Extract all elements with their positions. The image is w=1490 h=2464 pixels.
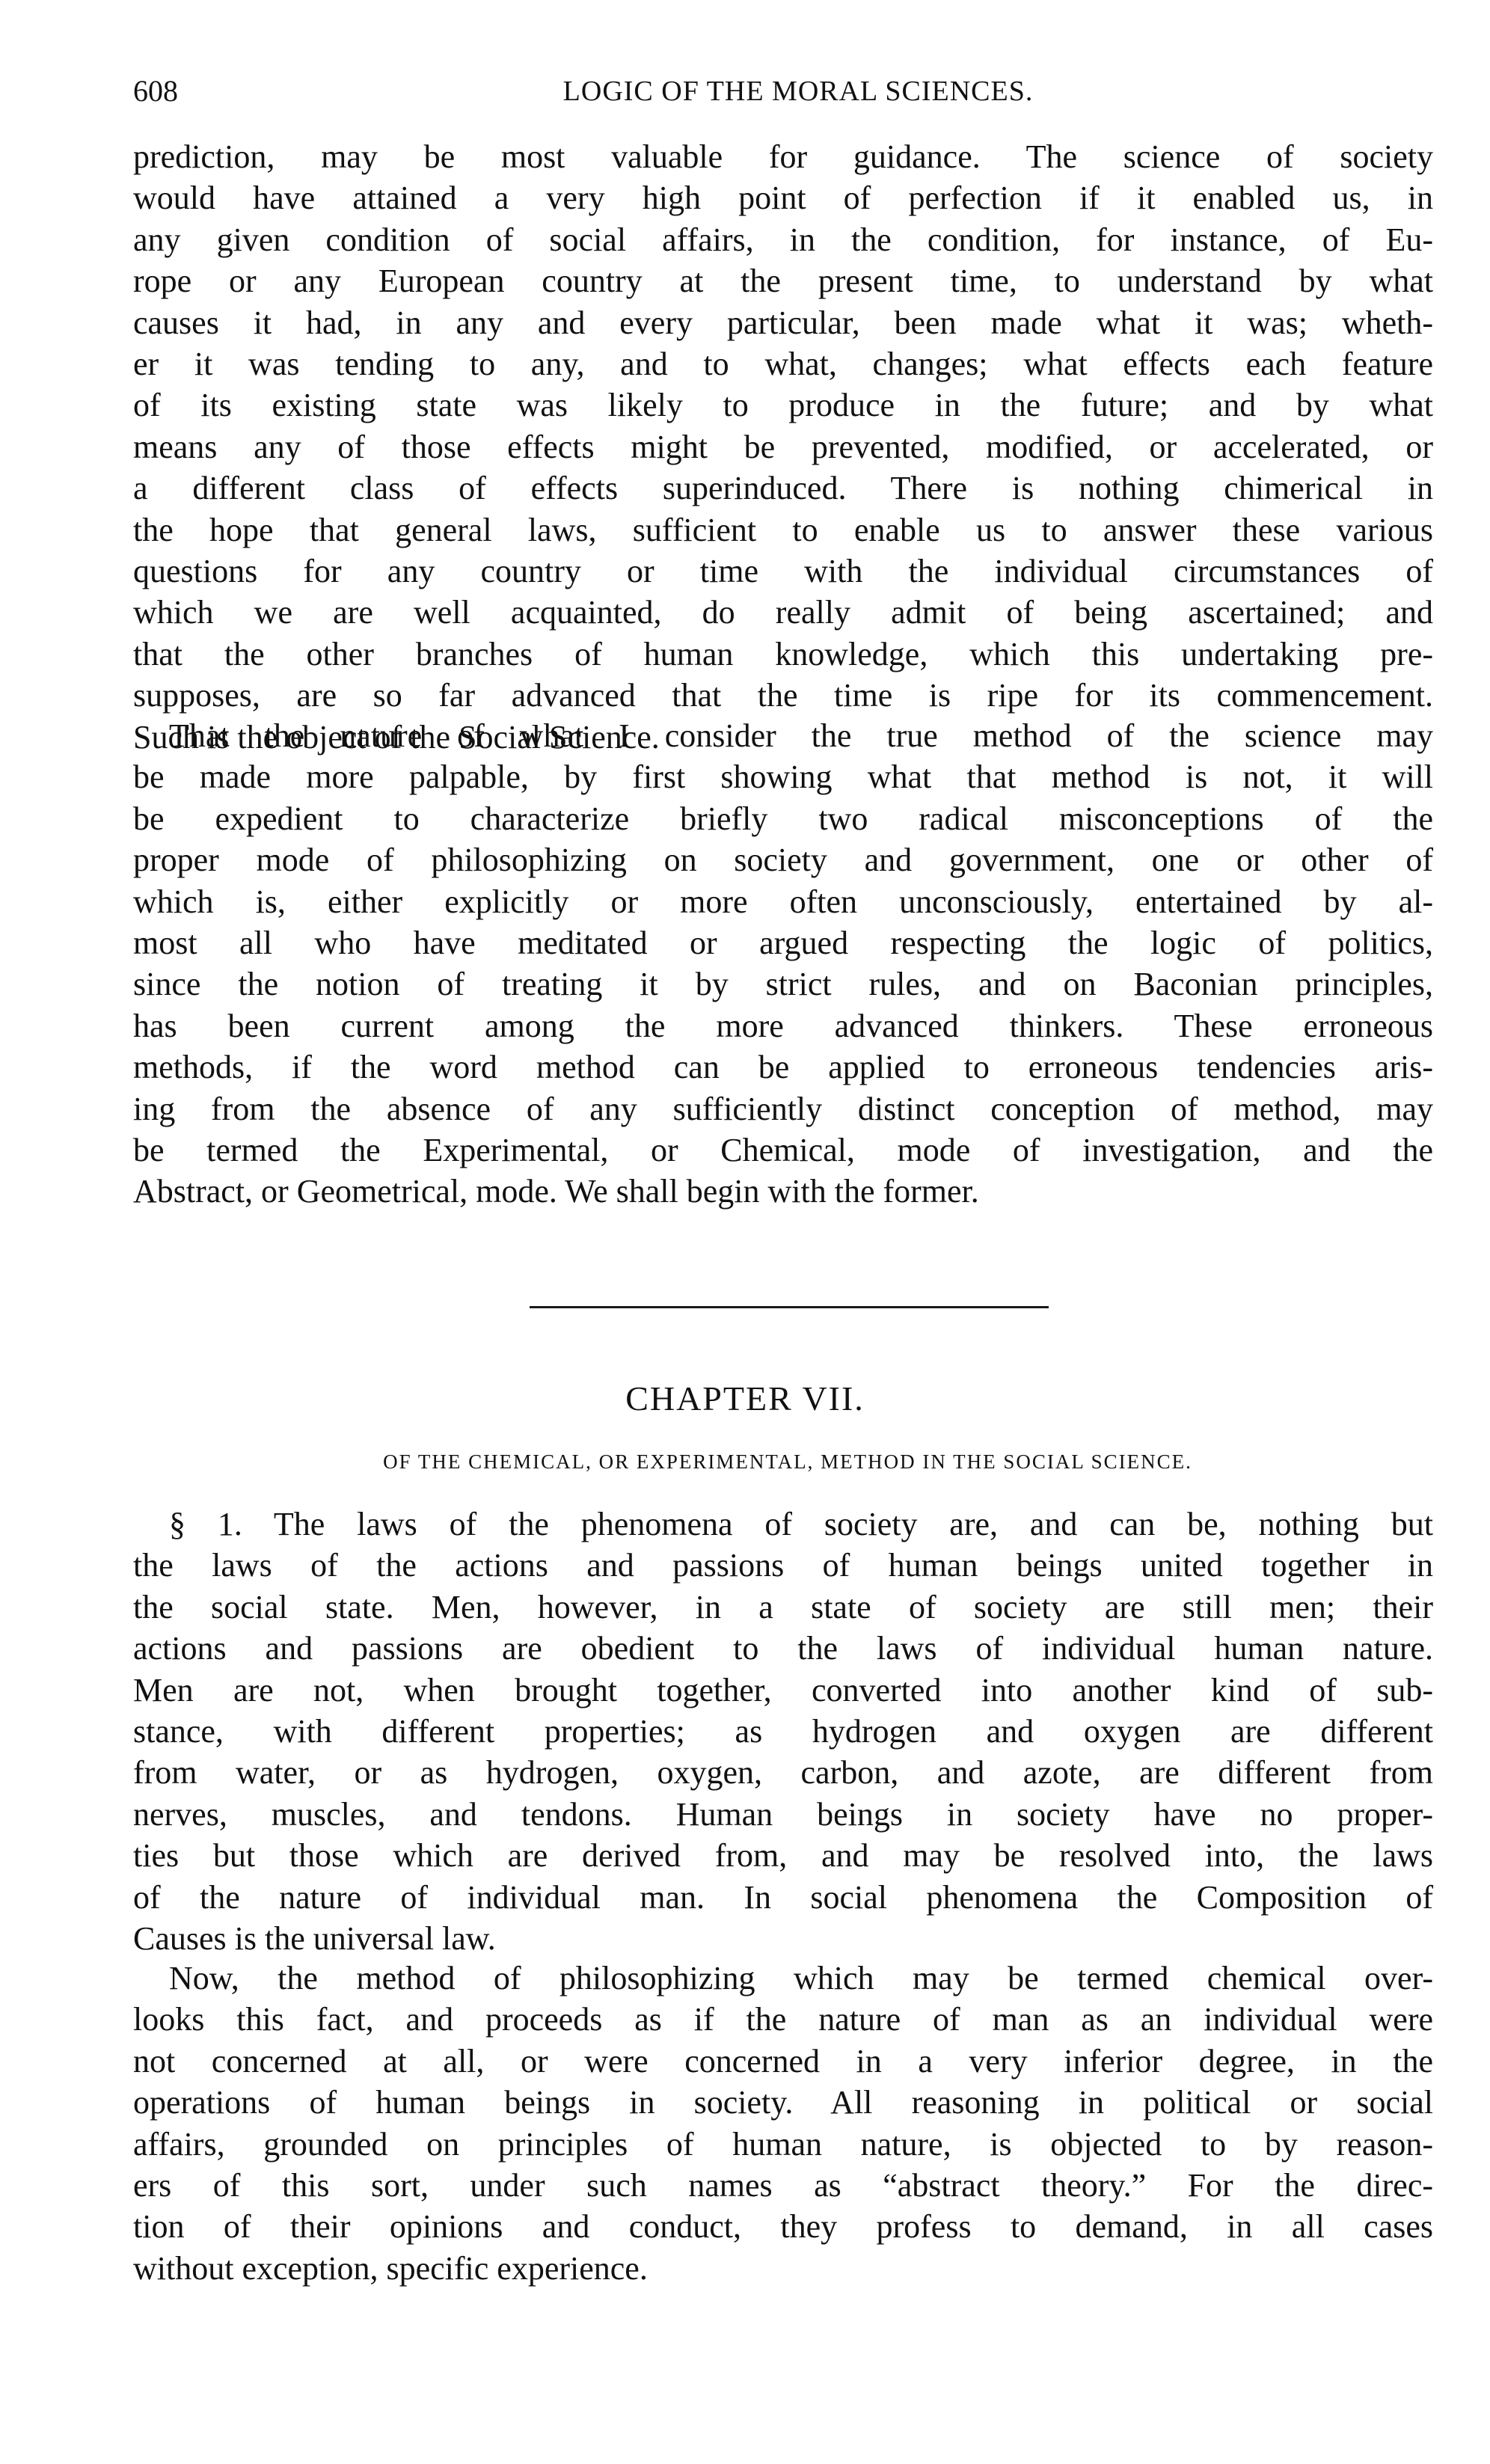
text-line: Men are not, when brought together, conv… (133, 1670, 1433, 1711)
text-line: looks this fact, and proceeds as if the … (133, 1999, 1433, 2040)
text-line: Now, the method of philosophizing which … (133, 1958, 1433, 1999)
text-line: which is, either explicitly or more ofte… (133, 881, 1433, 922)
text-line: be made more palpable, by first showing … (133, 756, 1433, 797)
text-line: since the notion of treating it by stric… (133, 963, 1433, 1005)
text-line: That the nature of what I consider the t… (133, 715, 1433, 756)
text-line: methods, if the word method can be appli… (133, 1046, 1433, 1088)
book-page: 608 LOGIC OF THE MORAL SCIENCES. predict… (0, 0, 1490, 2464)
text-line: questions for any country or time with t… (133, 551, 1433, 592)
text-line: without exception, specific experience. (133, 2248, 1433, 2289)
text-line: be termed the Experimental, or Chemical,… (133, 1130, 1433, 1171)
text-line: operations of human beings in society. A… (133, 2082, 1433, 2123)
text-line: the laws of the actions and passions of … (133, 1545, 1433, 1586)
running-head: 608 LOGIC OF THE MORAL SCIENCES. (133, 69, 1433, 114)
text-line: most all who have meditated or argued re… (133, 922, 1433, 963)
paragraph-method-intro: That the nature of what I consider the t… (133, 715, 1433, 1213)
text-line: nerves, muscles, and tendons. Human bein… (133, 1794, 1433, 1835)
text-line: causes it had, in any and every particul… (133, 302, 1433, 343)
text-line: be expedient to characterize briefly two… (133, 798, 1433, 839)
chapter-heading: CHAPTER VII. (0, 1376, 1490, 1421)
text-line: proper mode of philosophizing on society… (133, 839, 1433, 880)
text-line: of the nature of individual man. In soci… (133, 1877, 1433, 1918)
text-line: would have attained a very high point of… (133, 177, 1433, 218)
paragraph-chemical-method: Now, the method of philosophizing which … (133, 1958, 1433, 2289)
text-line: er it was tending to any, and to what, c… (133, 343, 1433, 384)
text-line: any given condition of social affairs, i… (133, 219, 1433, 260)
text-line: of its existing state was likely to prod… (133, 384, 1433, 426)
text-line: not concerned at all, or were concerned … (133, 2041, 1433, 2082)
text-line: rope or any European country at the pres… (133, 260, 1433, 301)
text-line: § 1. The laws of the phenomena of societ… (133, 1504, 1433, 1545)
text-line: means any of those effects might be prev… (133, 426, 1433, 468)
text-line: ing from the absence of any sufficiently… (133, 1088, 1433, 1130)
text-line: the social state. Men, however, in a sta… (133, 1587, 1433, 1628)
text-line: Causes is the universal law. (133, 1918, 1433, 1959)
text-line: the hope that general laws, sufficient t… (133, 509, 1433, 551)
text-line: has been current among the more advanced… (133, 1005, 1433, 1046)
chapter-subtitle: OF THE CHEMICAL, OR EXPERIMENTAL, METHOD… (142, 1445, 1433, 1478)
text-line: actions and passions are obedient to the… (133, 1628, 1433, 1669)
text-line: prediction, may be most valuable for gui… (133, 136, 1433, 177)
text-line: ties but those which are derived from, a… (133, 1835, 1433, 1876)
text-line: from water, or as hydrogen, oxygen, carb… (133, 1752, 1433, 1793)
section-divider (530, 1306, 1049, 1308)
paragraph-continuation: prediction, may be most valuable for gui… (133, 136, 1433, 758)
text-line: Abstract, or Geometrical, mode. We shall… (133, 1171, 1433, 1212)
text-line: that the other branches of human knowled… (133, 634, 1433, 675)
text-line: affairs, grounded on principles of human… (133, 2124, 1433, 2165)
paragraph-section-1: § 1. The laws of the phenomena of societ… (133, 1504, 1433, 1959)
text-line: supposes, are so far advanced that the t… (133, 675, 1433, 716)
text-line: which we are well acquainted, do really … (133, 592, 1433, 633)
running-title: LOGIC OF THE MORAL SCIENCES. (133, 69, 1433, 114)
text-line: ers of this sort, under such names as “a… (133, 2165, 1433, 2206)
text-line: stance, with different properties; as hy… (133, 1711, 1433, 1752)
text-line: tion of their opinions and conduct, they… (133, 2206, 1433, 2247)
text-line: a different class of effects superinduce… (133, 468, 1433, 509)
